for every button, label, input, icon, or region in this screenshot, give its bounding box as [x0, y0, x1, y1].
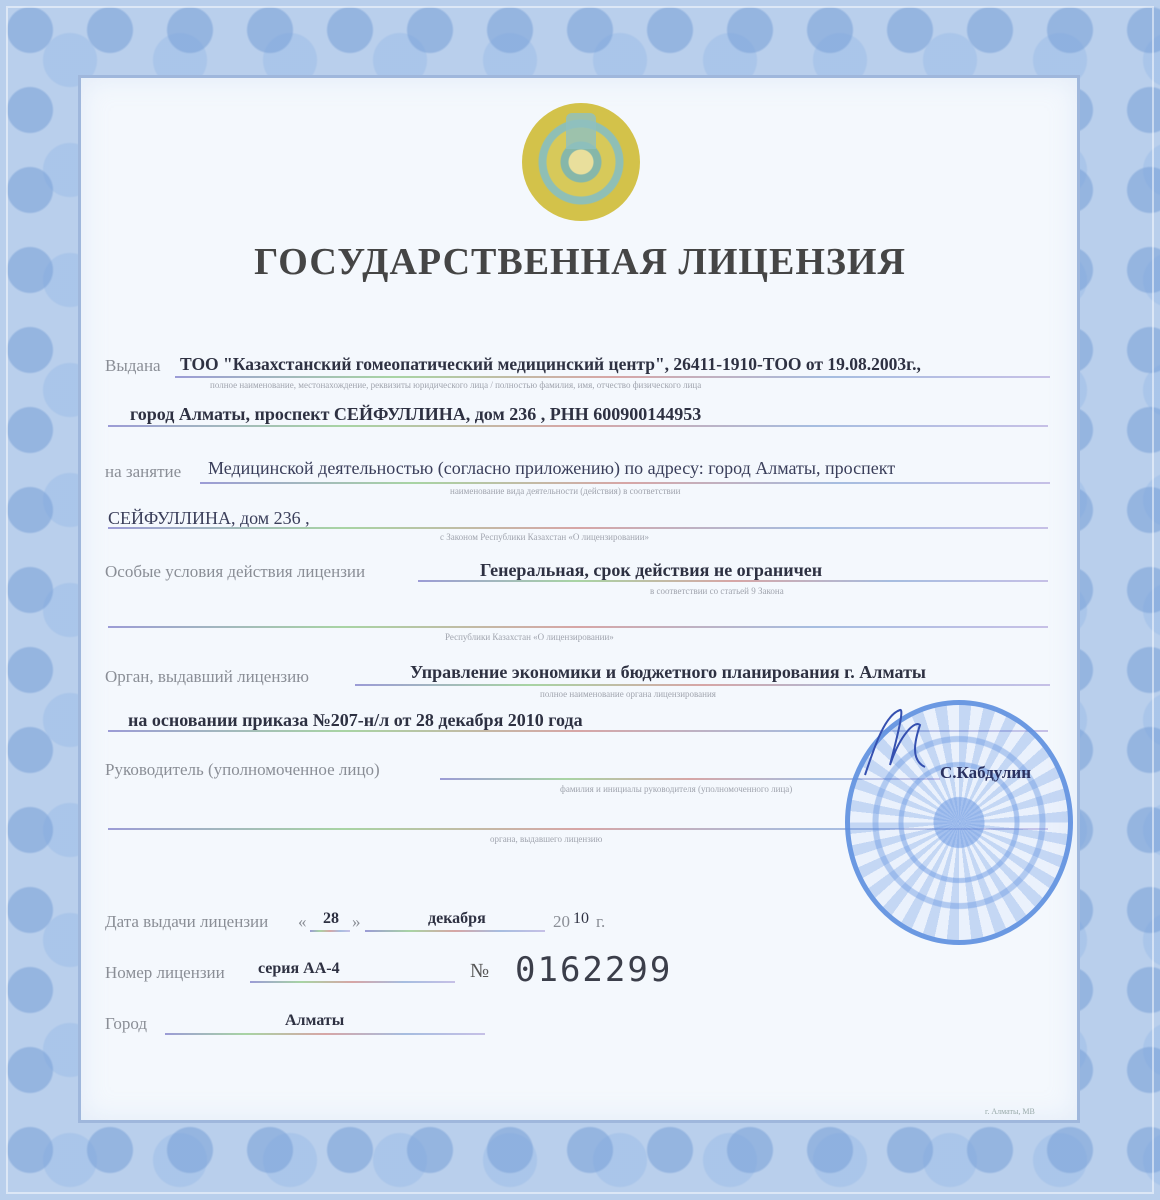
activity-label: на занятие — [105, 462, 181, 482]
issued-to-value: ТОО "Казахстанский гомеопатический медиц… — [180, 354, 921, 375]
license-number: 0162299 — [515, 950, 672, 990]
activity-line — [200, 482, 1050, 484]
conditions-value: Генеральная, срок действия не ограничен — [480, 560, 822, 581]
conditions-line-2 — [108, 626, 1048, 628]
printer-mark: г. Алматы, МВ — [985, 1107, 1035, 1116]
issuer-caption: полное наименование органа лицензировани… — [540, 689, 716, 699]
conditions-caption-2: Республики Казахстан «О лицензировании» — [445, 632, 614, 642]
number-sign: № — [470, 960, 489, 983]
issued-to-line-2 — [108, 425, 1048, 427]
activity-address: СЕЙФУЛЛИНА, дом 236 , — [108, 508, 310, 529]
head-label: Руководитель (уполномоченное лицо) — [105, 760, 380, 780]
issued-to-label: Выдана — [105, 356, 161, 376]
license-series-line — [250, 981, 455, 983]
activity-caption: наименование вида деятельности (действия… — [450, 486, 680, 496]
license-number-label: Номер лицензии — [105, 963, 225, 983]
issuer-label: Орган, выдавший лицензию — [105, 667, 309, 687]
issue-year-prefix: 20 — [553, 912, 570, 932]
state-emblem-icon — [522, 103, 640, 221]
city-line — [165, 1033, 485, 1035]
activity-caption-2: с Законом Республики Казахстан «О лиценз… — [440, 532, 649, 542]
document-title: ГОСУДАРСТВЕННАЯ ЛИЦЕНЗИЯ — [0, 240, 1160, 284]
city-label: Город — [105, 1014, 147, 1034]
conditions-caption: в соответствии со статьей 9 Закона — [650, 586, 784, 596]
issued-to-line — [175, 376, 1050, 378]
conditions-label: Особые условия действия лицензии — [105, 562, 365, 582]
city-value: Алматы — [285, 1012, 344, 1030]
head-caption: фамилия и инициалы руководителя (уполном… — [560, 784, 792, 794]
issue-date-open-quote: « — [298, 912, 307, 932]
issue-date-close-quote: » — [352, 912, 361, 932]
issue-month: декабря — [428, 910, 486, 928]
issuer-line — [355, 684, 1050, 686]
signer-name: С.Кабдулин — [940, 763, 1031, 783]
issue-year-suffix: 10 — [573, 910, 589, 928]
issue-year-unit: г. — [596, 912, 605, 932]
issue-month-line — [365, 930, 545, 932]
issuer-basis: на основании приказа №207-н/л от 28 дека… — [128, 710, 583, 731]
activity-line-2 — [108, 527, 1048, 529]
signature-icon — [860, 705, 930, 780]
issued-to-address: город Алматы, проспект СЕЙФУЛЛИНА, дом 2… — [130, 404, 701, 425]
head-caption-2: органа, выдавшего лицензию — [490, 834, 602, 844]
issued-to-caption: полное наименование, местонахождение, ре… — [210, 380, 701, 390]
issuer-value: Управление экономики и бюджетного планир… — [410, 662, 926, 683]
issue-day-line — [310, 930, 350, 932]
license-series: серия АА-4 — [258, 960, 340, 978]
issue-date-label: Дата выдачи лицензии — [105, 912, 268, 932]
issue-day: 28 — [323, 910, 339, 928]
activity-value: Медицинской деятельностью (согласно прил… — [208, 458, 895, 479]
